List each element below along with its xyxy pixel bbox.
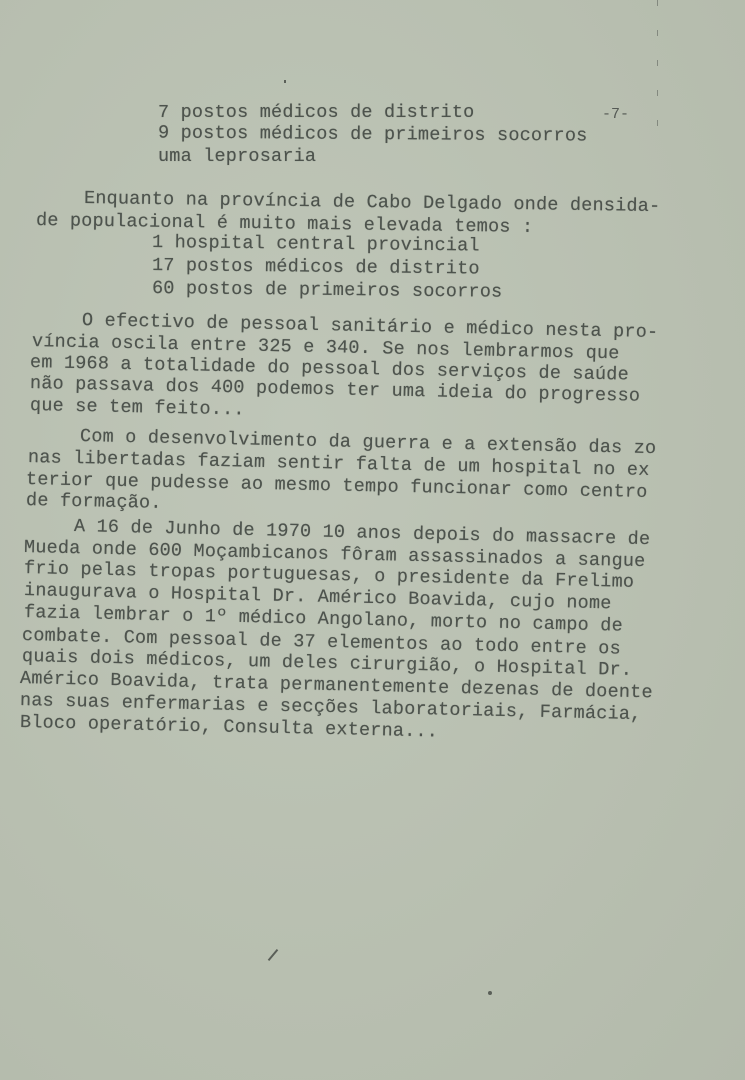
list-item: 17 postos médicos de distrito (152, 257, 480, 279)
paragraph-line: de formação. (26, 492, 162, 513)
ink-dot (488, 991, 492, 995)
pen-mark (268, 949, 279, 961)
list-item: uma leprosaria (158, 148, 316, 167)
list-item: 60 postos de primeiros socorros (152, 280, 503, 302)
fold-crease (657, 0, 658, 150)
paragraph-line: que se tem feito... (30, 397, 245, 420)
list-item: 1 hospital central provincial (152, 234, 480, 256)
list-item: 9 postos médicos de primeiros socorros (158, 125, 588, 146)
page-number: -7- (602, 106, 629, 123)
list-item: 7 postos médicos de distrito (158, 104, 474, 123)
document-page: -7- 7 postos médicos de distrito 9 posto… (0, 0, 745, 1080)
ink-dot (284, 80, 286, 83)
